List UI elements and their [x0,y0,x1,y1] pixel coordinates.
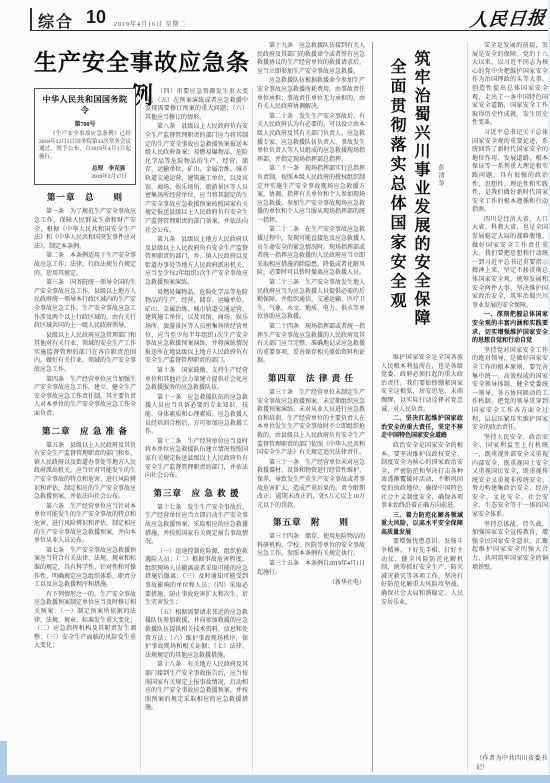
body-paragraph: 政治安全是国家安全的根本。要坚决维护以政权安全、制度安全为核心的国家政治安全，严… [381,442,463,511]
body-paragraph: 安全是发展的前提，发展是安全的保障。党的十八大以来，以习近平同志为核心的党中央把… [472,42,548,128]
body-paragraph: 第二十三条 生产安全事故发生地人民政府应当为应急救援人员提供必需的后勤保障，并组… [257,279,365,322]
chapter-heading: 第五章 附 则 [257,516,365,528]
body-paragraph: 第四条 生产经营单位应当加强生产安全事故应急工作，建立、健全生产安全事故应急工作… [34,376,136,419]
article-divider-rule [372,42,373,772]
body-paragraph: （四）重要应急资源发生重大变化；（五）在预案演练或者应急救援中发现需要修订预案的… [145,88,248,122]
body-paragraph: 第三条 国务院统一领导全国的生产安全事故应急工作，县级以上地方人民政府统一领导本… [34,279,136,331]
bold-section-lead: 一、深刻把握总体国家安全观的丰富内涵和实践要求，切实增强维护国家安全的思想自觉和… [472,311,548,345]
regulation-column-3: 第十九条 应急救援队伍接到有关人民政府及其部门的救援命令或者签有应急救援协议的生… [257,42,365,772]
column-text-flow: 安全是发展的前提，发展是安全的保障。党的十八大以来，以习近平同志为核心的党中央把… [472,42,548,572]
body-paragraph: 第十九条 应急救援队伍接到有关人民政府及其部门的救援命令或者签有应急救援协议的生… [257,42,365,76]
regulation-title: 生产安全事故应急条例 [34,44,250,80]
chapter-heading: 第一章 总 则 [34,191,136,203]
headline-line-2: 全面贯彻落实总体国家安全观 [384,50,408,352]
newspaper-page: 综合 10 2019年4月16日 星期二 人民日报 生产安全事故应急条例 中华人… [0,0,550,783]
body-paragraph: 第二十条 发生生产安全事故后，有关人民政府认为有必要的，可以设立由本级人民政府及… [257,113,365,165]
author-note: （作者为中共四川省委书记） [472,753,547,771]
headline-line-1: 筑牢治蜀兴川事业发展的安全保障 [408,50,432,352]
body-paragraph: 坚持人民安全、政治安全、国家利益至上有机统一，既重视外部安全又重视内部安全，既重… [472,434,548,520]
section-label: 综合 [38,9,74,32]
body-paragraph: 第十八条 有关地方人民政府及其部门接到生产安全事故报告后，应当按照国家有关规定上… [145,661,248,713]
body-paragraph: 第七条 生产安全事故应急救援预案应当符合有关法律、法规、规章和标准的规定，具有科… [34,547,136,590]
body-paragraph: 习近平总书记关于总体国家安全观的重要论述，系统回答了新时代国家安全的地位作用、发… [472,129,548,215]
chapter-heading: 第二章 应 急 准 备 [34,425,136,437]
body-paragraph: 第三十条 生产经营单位未制定生产安全事故应急救援预案、未定期组织应急救援预案演练… [257,389,365,458]
regulation-column-1: 中华人民共和国国务院令 第708号 《生产安全事故应急条例》已经2018年12月… [34,88,136,772]
decree-body: 《生产安全事故应急条例》已经2018年12月5日国务院第33次常务会议通过，现予… [39,131,131,161]
decree-box: 中华人民共和国国务院令 第708号 《生产安全事故应急条例》已经2018年12月… [34,88,136,185]
body-paragraph: （五）根据需要请求邻近的应急救援队伍参加救援，并向参加救援的应急救援队伍提供相关… [145,609,248,661]
header-corner-mark [30,8,35,30]
body-paragraph: 应急救援队伍根据救援命令参加生产安全事故应急救援所耗费用，由事故责任单位承担；事… [257,77,365,111]
body-paragraph: 坚持党对国家安全工作的绝对领导，是做好国家安全工作的根本原则。要完善集中统一、高… [472,347,548,433]
feature-headline: 筑牢治蜀兴川事业发展的安全保障 全面贯彻落实总体国家安全观 [384,50,432,352]
body-paragraph: 第十二条 生产经营单位应当及时将本单位应急救援队伍建立情况按照国家有关规定报送县… [145,438,248,481]
decree-title: 中华人民共和国国务院令 [39,94,131,116]
decree-signer: 总理 李克强 [39,164,131,172]
body-paragraph: 第八条 县级以上人民政府负有安全生产监督管理职责的部门应当将其制定的生产安全事故… [145,123,248,235]
bold-section-lead: 三、着力防范化解各领域重大风险，以高水平安全保障高质量发展 [381,512,463,538]
body-paragraph: 第二十二条 在生产安全事故应急救援过程中，发现可能直接危及应急救援人员生命安全的… [257,226,365,278]
body-paragraph: 第十条 国家鼓励、支持生产经营单位和其他社会力量建立提供社会化应急救援服务的应急… [145,367,248,393]
body-paragraph: 要增强忧患意识、发扬斗争精神，下好先手棋、打好主动仗，健全风险防范化解机制，统筹… [381,538,463,607]
body-paragraph: 第二十四条 现场指挥部或者统一指挥生产安全事故应急救援的人民政府及其有关部门应当… [257,323,365,366]
body-paragraph: 第六条 生产经营单位应当针对本单位可能发生的生产安全事故的特点和危害，进行风险辨… [34,503,136,546]
scan-edge [0,775,550,783]
body-paragraph: 县级以上人民政府应急管理部门和其他对有关行业、领域的安全生产工作实施监督管理的部… [34,332,136,375]
body-paragraph: 第五条 县级以上人民政府及其负有安全生产监督管理职责的部门和乡、镇人民政府以及街… [34,442,136,502]
chapter-heading: 第三章 应 急 救 援 [145,487,248,499]
decree-sign-date: 2019年2月17日 [39,172,131,180]
column-rule [140,88,141,772]
body-paragraph: 第一条 为了规范生产安全事故应急工作，保障人民群众生命和财产安全，根据《中华人民… [34,208,136,251]
date-line: 2019年4月16日 星期二 [114,19,187,28]
feature-byline: 彭清华 [436,164,445,188]
body-paragraph: 第三十四条 储存、使用危险物品的科研机构、学校、医院等单位的安全事故应急工作，参… [257,533,365,559]
decree-number: 第708号 [39,119,131,128]
body-paragraph: 易燃易爆物品、危险化学品等危险物品的生产、经营、储存、运输单位，矿山、金属冶炼、… [145,289,248,366]
chapter-heading: 第四章 法 律 责 任 [257,372,365,384]
column-rule [252,88,253,772]
body-paragraph: 第二十一条 现场指挥部实行总指挥负责制，按照本级人民政府的授权组织制定并实施生产… [257,165,365,225]
body-paragraph: 四川是经济大省、人口大省、科教大省，也是全国发展稳定大局的战略腹地，做好国家安全… [472,216,548,311]
header-rule [30,30,548,31]
body-paragraph: 第十一条 应急救援队伍的应急救援人员应当具备必要的专业知识、技能、身体素质和心理… [145,394,248,437]
body-paragraph: 维护国家安全是全国各族人民根本利益所在，也是各级党委、政府必须扛起的重大政治责任… [381,354,463,414]
credit-line: （新华社电） [257,579,365,588]
regulation-column-2: （四）重要应急资源发生重大变化；（五）在预案演练或者应急救援中发现需要修订预案的… [145,88,248,772]
body-paragraph: 有下列情形之一的，生产安全事故应急救援预案制定单位应当及时修订相关预案：（一）制… [34,591,136,651]
feature-column-right: 安全是发展的前提，发展是安全的保障。党的十八大以来，以习近平同志为核心的党中央把… [472,42,548,772]
body-paragraph: 坚持总体战、持久战，加强国家安全宣传教育，增强全民国家安全意识，汇聚起维护国家安… [472,521,548,573]
body-paragraph: 第二条 本条例适用于生产安全事故应急工作；法律、行政法规另有规定的，适用其规定。 [34,252,136,278]
body-paragraph: 第九条 县级以上地方人民政府以及县级以上人民政府负有安全生产监督管理职责的部门，… [145,236,248,288]
body-paragraph: 第三十一条 生产经营单位未对应急救援器材、设备和物资进行经常性维护、保养，导致发… [257,459,365,511]
feature-column-left: 维护国家安全是全国各族人民根本利益所在，也是各级党委、政府必须扛起的重大政治责任… [381,354,463,770]
body-paragraph: 第十七条 发生生产安全事故后，生产经营单位应当立即启动生产安全事故应急救援预案，… [145,504,248,547]
body-paragraph: （一）迅速控制危险源，组织抢救遇险人员；（二）根据事故危害程度，组织现场人员撤离… [145,548,248,608]
masthead-logo: 人民日报 [468,4,547,33]
page-number: 10 [86,7,106,28]
page-header: 综合 10 2019年4月16日 星期二 人民日报 [30,6,548,32]
bold-section-lead: 二、坚决扛起维护国家政治安全的重大责任，坚定不移走中国特色国家安全道路 [381,415,463,441]
column-text-flow: 第一章 总 则第一条 为了规范生产安全事故应急工作，保障人民群众生命和财产安全，… [34,191,136,651]
body-paragraph: 第三十五条 本条例自2019年4月1日起施行。 [257,560,365,577]
